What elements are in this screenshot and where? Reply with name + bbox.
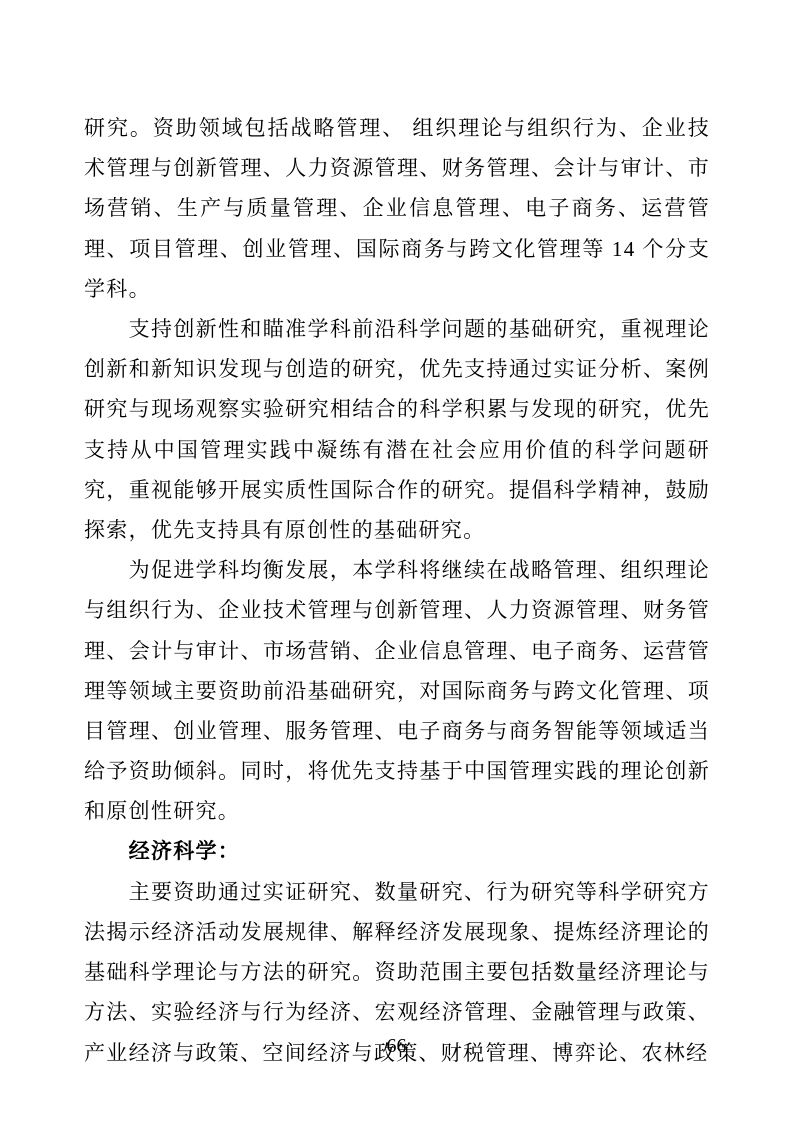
text-block: 研究。资助领域包括战略管理、 组织理论与组织行为、企业技术管理与创新管理、人力资… xyxy=(84,108,710,1073)
document-page: 研究。资助领域包括战略管理、 组织理论与组织行为、企业技术管理与创新管理、人力资… xyxy=(0,0,793,1122)
section-heading-economic-science: 经济科学： xyxy=(84,832,710,872)
paragraph-funding-priorities: 支持创新性和瞄准学科前沿科学问题的基础研究，重视理论创新和新知识发现与创造的研究… xyxy=(84,309,710,550)
paragraph-management-subdisciplines: 研究。资助领域包括战略管理、 组织理论与组织行为、企业技术管理与创新管理、人力资… xyxy=(84,108,710,309)
page-number: 66 xyxy=(0,1034,793,1058)
paragraph-discipline-balance: 为促进学科均衡发展，本学科将继续在战略管理、组织理论与组织行为、企业技术管理与创… xyxy=(84,550,710,831)
